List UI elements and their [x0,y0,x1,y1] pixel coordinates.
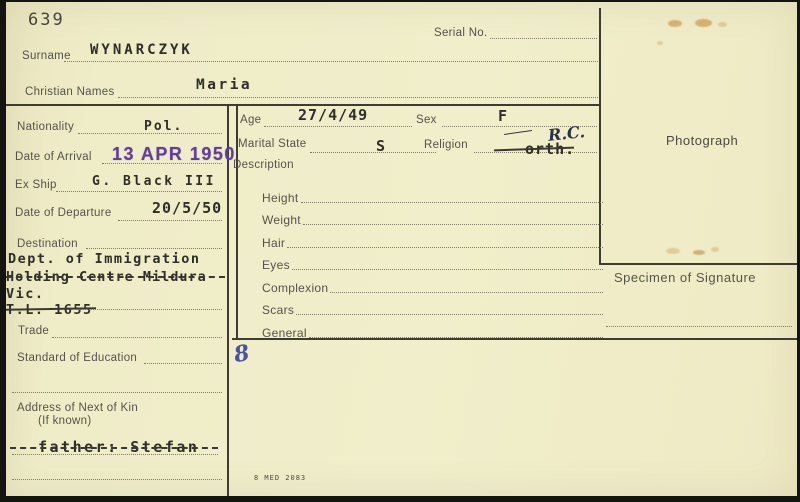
scars-label: Scars [262,303,294,317]
christian-names-value: Maria [196,77,252,93]
trade-line [52,337,222,338]
next-of-kin-sublabel: (If known) [38,415,92,427]
complexion-line [330,292,603,293]
religion-pen-stroke [504,130,532,135]
christian-names-label: Christian Names [25,86,115,98]
date-of-departure-line [118,220,222,221]
photograph-label: Photograph [666,133,738,148]
religion-label: Religion [424,139,468,151]
nationality-label: Nationality [17,121,74,133]
age-label: Age [240,114,261,126]
religion-handwritten-value: R.C. [547,122,586,145]
scars-line [296,314,603,315]
description-row-scars: Scars [262,295,603,317]
serial-no-label: Serial No. [434,27,488,39]
photo-box-bottom-border [599,263,797,265]
form-number: 8 MED 2083 [254,474,306,482]
eyes-line [292,269,603,270]
destination-label: Destination [17,238,78,250]
scanned-record-card: 639 Surname WYNARCZYK Christian Names Ma… [0,0,800,502]
date-of-departure-value: 20/5/50 [152,199,222,217]
hair-label: Hair [262,236,285,250]
serial-no-line [490,38,597,39]
ex-ship-value: G. Black III [92,174,216,189]
nationality-value: Pol. [144,119,183,134]
destination-line2-strikethrough [6,276,225,278]
age-line [264,126,412,127]
marital-state-value: S [376,137,386,155]
marital-state-line [310,152,436,153]
destination-line [86,248,222,249]
eyes-label: Eyes [262,258,290,272]
signature-line [606,326,792,327]
date-of-arrival-stamp: 13 APR 1950 [112,144,236,165]
rust-stain [693,250,705,255]
complexion-label: Complexion [262,281,328,295]
height-label: Height [262,191,299,205]
rust-stain [718,22,727,27]
date-of-departure-label: Date of Departure [15,207,112,219]
weight-label: Weight [262,213,301,227]
sex-value: F [498,107,508,125]
ex-ship-line [56,191,222,192]
description-row-height: Height [262,183,603,205]
next-of-kin-line [12,454,218,455]
description-row-complexion: Complexion [262,273,603,295]
card-number: 639 [28,10,65,30]
rust-stain [668,20,682,27]
height-line [301,202,604,203]
rust-stain [711,247,719,252]
description-row-eyes: Eyes [262,250,603,272]
destination-line1: Dept. of Immigration [8,251,201,267]
handwritten-mark: 8 [232,340,252,368]
surname-value: WYNARCZYK [90,42,193,58]
next-of-kin-label: Address of Next of Kin [17,402,138,414]
trade-label: Trade [18,325,49,337]
description-row-general: General [262,318,603,340]
marital-state-label: Marital State [238,138,306,150]
date-of-arrival-label: Date of Arrival [15,151,92,163]
description-label: Description [233,159,294,171]
destination-line4-dotted-line [76,309,222,310]
description-row-hair: Hair [262,228,603,250]
rust-stain [657,41,663,45]
hair-line [287,247,603,248]
left-column-bottom-line [12,479,222,480]
rust-stain [695,19,712,27]
age-value: 27/4/49 [298,106,368,124]
weight-line [303,224,603,225]
sex-label: Sex [416,114,437,126]
ex-ship-label: Ex Ship [15,179,57,191]
surname-line [64,61,598,62]
description-row-weight: Weight [262,205,603,227]
card-surface: 639 Surname WYNARCZYK Christian Names Ma… [6,2,797,496]
next-of-kin-strikethrough [10,447,218,449]
rust-stain [666,248,680,254]
christian-names-line [118,97,598,98]
left-column-divider-line [12,392,222,393]
general-line [309,337,603,338]
signature-label: Specimen of Signature [614,270,756,285]
education-line [144,363,222,364]
general-label: General [262,326,307,340]
education-label: Standard of Education [17,352,137,364]
destination-line3: Vic. [6,286,45,302]
